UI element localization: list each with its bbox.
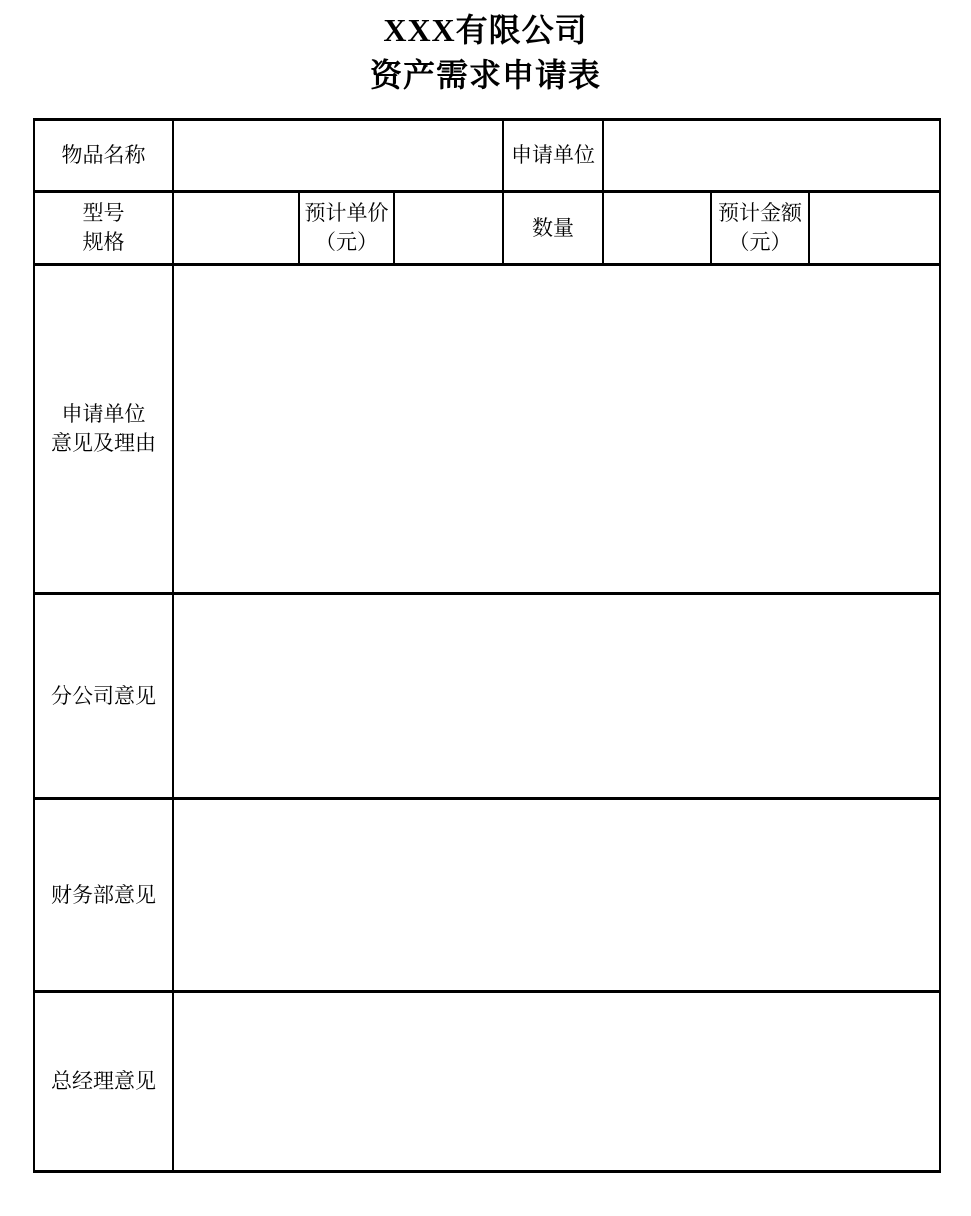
estimated-amount-label-line2: （元） [712,228,808,257]
row-item-name: 物品名称 申请单位 [34,120,940,192]
applicant-unit-label-text: 申请单位 [504,141,602,170]
gm-opinion-input-cell[interactable] [173,992,940,1172]
model-spec-label: 型号 规格 [34,192,173,265]
applicant-opinion-label-line1: 申请单位 [35,400,172,429]
row-branch-opinion: 分公司意见 [34,594,940,799]
row-gm-opinion: 总经理意见 [34,992,940,1172]
applicant-unit-input-cell[interactable] [603,120,940,192]
unit-price-label-line2: （元） [300,228,393,257]
quantity-label-text: 数量 [504,214,602,243]
estimated-amount-label: 预计金额 （元） [711,192,809,265]
form-page: XXX有限公司 资产需求申请表 物品名称 申请单位 型号 [0,0,971,1216]
quantity-input-cell[interactable] [603,192,711,265]
row-model-price-qty: 型号 规格 预计单价 （元） 数量 预计金额 （元） [34,192,940,265]
item-name-label-text: 物品名称 [35,141,172,170]
unit-price-label: 预计单价 （元） [299,192,394,265]
estimated-amount-label-line1: 预计金额 [712,199,808,228]
model-spec-input-cell[interactable] [173,192,299,265]
branch-opinion-label-text: 分公司意见 [35,682,172,711]
gm-opinion-label: 总经理意见 [34,992,173,1172]
finance-opinion-label: 财务部意见 [34,799,173,992]
item-name-label: 物品名称 [34,120,173,192]
branch-opinion-input-cell[interactable] [173,594,940,799]
finance-opinion-label-text: 财务部意见 [35,881,172,910]
applicant-opinion-label-line2: 意见及理由 [35,429,172,458]
row-applicant-opinion: 申请单位 意见及理由 [34,265,940,594]
model-spec-label-line2: 规格 [35,228,172,257]
applicant-opinion-label: 申请单位 意见及理由 [34,265,173,594]
quantity-label: 数量 [503,192,603,265]
company-name: XXX有限公司 [0,8,971,53]
model-spec-label-line1: 型号 [35,199,172,228]
row-finance-opinion: 财务部意见 [34,799,940,992]
asset-request-form-table: 物品名称 申请单位 型号 规格 预计单价 （元） 数量 [33,118,941,1173]
estimated-amount-input-cell[interactable] [809,192,940,265]
item-name-input-cell[interactable] [173,120,503,192]
finance-opinion-input-cell[interactable] [173,799,940,992]
unit-price-input-cell[interactable] [394,192,503,265]
form-header: XXX有限公司 资产需求申请表 [0,0,971,98]
unit-price-label-line1: 预计单价 [300,199,393,228]
applicant-opinion-input-cell[interactable] [173,265,940,594]
form-title: 资产需求申请表 [0,53,971,98]
branch-opinion-label: 分公司意见 [34,594,173,799]
applicant-unit-label: 申请单位 [503,120,603,192]
gm-opinion-label-text: 总经理意见 [35,1067,172,1096]
